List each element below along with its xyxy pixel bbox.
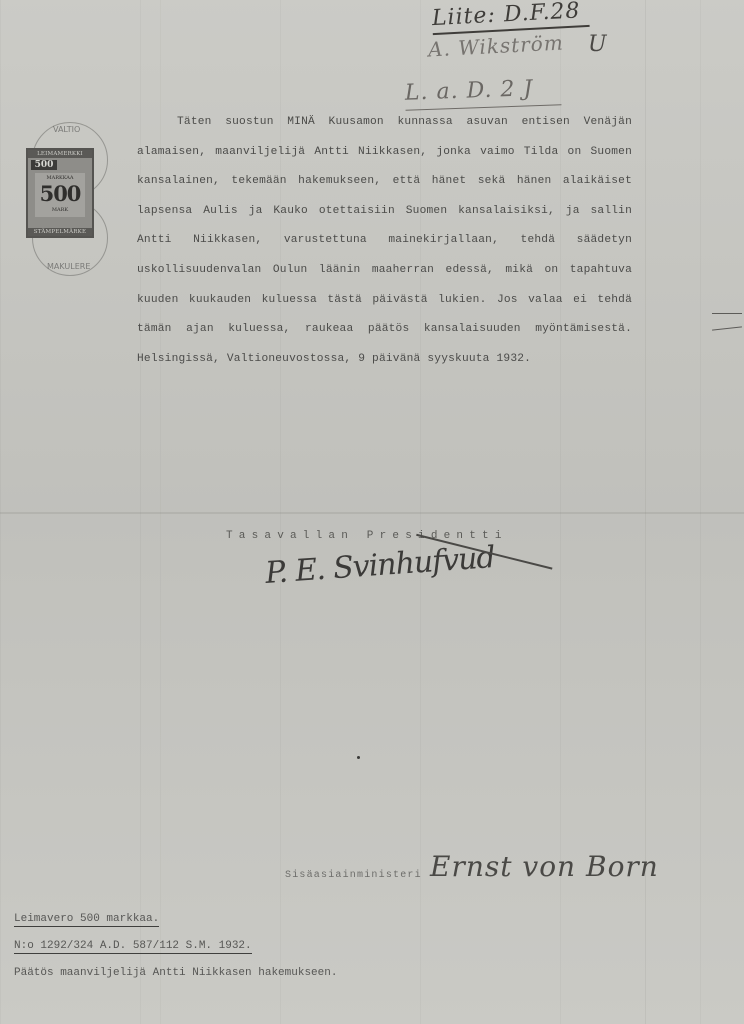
fold-line-horizontal	[0, 512, 744, 514]
decision-subject-line: Päätös maanviljelijä Antti Niikkasen hak…	[14, 967, 337, 979]
stamp-label-bottom: MARK	[35, 207, 85, 213]
footer-notes: Leimavero 500 markkaa. N:o 1292/324 A.D.…	[14, 913, 337, 992]
minister-title: Sisäasiainministeri	[285, 870, 422, 881]
stamp-center: MARKKAA 500 MARK	[35, 173, 85, 217]
stamp-duty-line: Leimavero 500 markkaa.	[14, 913, 159, 927]
president-title: Tasavallan Presidentti	[226, 530, 508, 542]
decision-body: Täten suostun MINÄ Kuusamon kunnassa asu…	[137, 108, 632, 374]
postmark-bottom-text: MAKULERE	[47, 262, 90, 271]
body-paragraph: Täten suostun MINÄ Kuusamon kunnassa asu…	[137, 108, 632, 374]
handwritten-initial: U	[588, 32, 608, 57]
margin-mark	[712, 313, 742, 314]
ink-speck	[357, 756, 360, 759]
revenue-stamp: LEIMAMERKKI 500 MARKKAA 500 MARK STÄMPEL…	[26, 148, 94, 238]
stamp-band-bottom: STÄMPELMÄRKE	[28, 228, 92, 236]
handwritten-note: L. a. D. 2 J	[405, 75, 562, 110]
minister-signature: Ernst von Born	[430, 850, 659, 883]
stamp-small-value: 500	[31, 160, 57, 170]
stamp-value: 500	[35, 181, 85, 206]
reference-number-line: N:o 1292/324 A.D. 587/112 S.M. 1932.	[14, 940, 252, 954]
postmark-top-text: VALTIO	[53, 125, 80, 134]
stamp-band-top: LEIMAMERKKI	[28, 150, 92, 158]
